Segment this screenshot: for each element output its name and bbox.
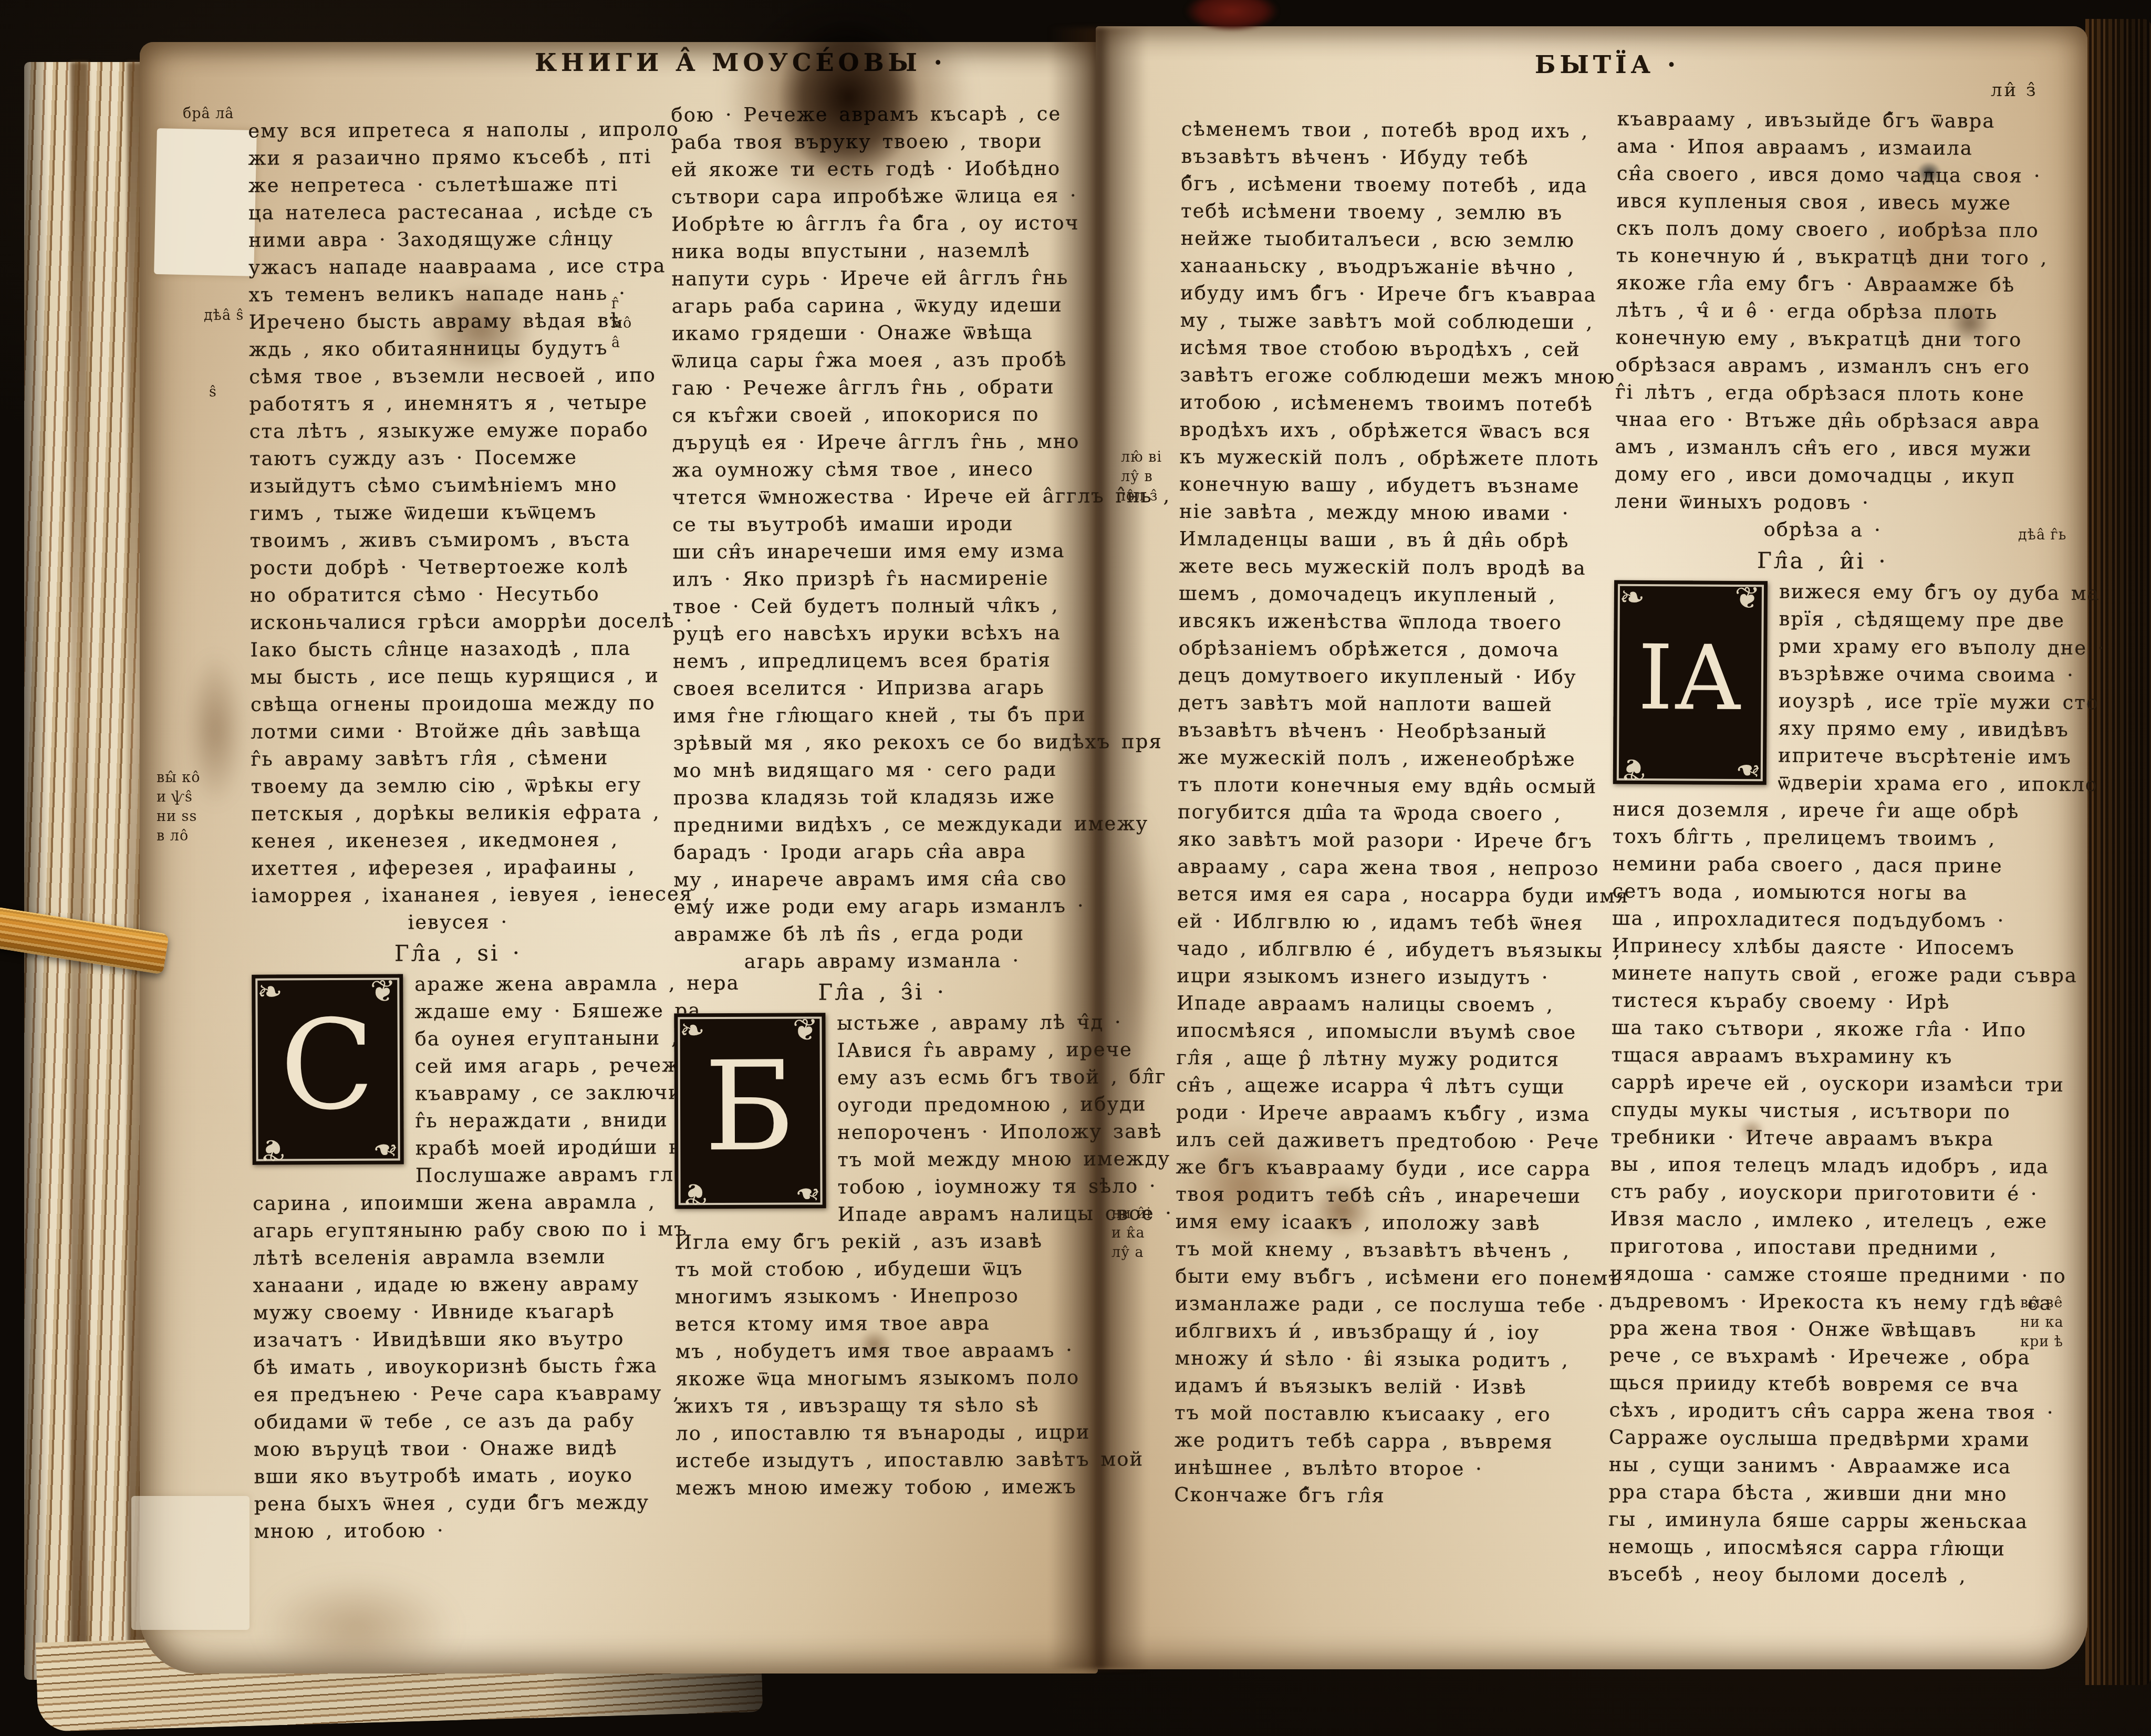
text-line: немощь , ипосмѣяся сарра гл̂ющи xyxy=(1608,1533,2024,1563)
text-line: мужу своему · Ивниде къагарѣ xyxy=(253,1297,666,1326)
text-line-centered: обрѣза а · xyxy=(1615,515,2031,545)
text-line: г̂ь авраму завѣтъ гл̂я , сѣмени xyxy=(251,744,663,773)
text-line: рра жена твоя · Онже ѿвѣщавъ xyxy=(1609,1315,2025,1345)
text-line: стъ рабу , иоускори приготовити е́ · xyxy=(1610,1178,2027,1208)
text-line: истебе изыдутъ , ипоставлю завѣтъ мой xyxy=(676,1446,1092,1475)
text-line: конечную ему , въкратцѣ дни того xyxy=(1616,324,2032,354)
text-line: обрѣзаніемъ обрѣжется , домоча xyxy=(1179,635,1592,664)
text-line: Сарраже оуслыша предвѣрми храми xyxy=(1609,1424,2025,1454)
vine-ornament: ❧ xyxy=(679,1016,706,1044)
text-line: децъ домутвоего икупленый · Ибу xyxy=(1178,662,1591,691)
text-line: чнаа его · Втъже дн̂ь обрѣзася авра xyxy=(1615,406,2031,436)
text-line: илъ · Яко призрѣ г̂ь насмиреніе xyxy=(672,565,1088,594)
text-line: дъдревомъ · Ирекоста къ нему гдѣ са xyxy=(1610,1287,2026,1317)
text-line: имя г̂не гл̂ющаго кней , ты б̂ъ при xyxy=(673,701,1089,730)
text-line: изманлаже ради , се послуша тебе · xyxy=(1175,1290,1588,1319)
text-line: сѣмя твое , въземли несвоей , ипо xyxy=(249,361,662,390)
text-line: ханаани , идаде ю вжену авраму xyxy=(253,1270,666,1299)
text-line: Ивзя масло , имлеко , ителецъ , еже xyxy=(1610,1205,2027,1235)
text-line: тъ плоти конечныя ему вдн̂ь осмый xyxy=(1178,771,1591,801)
text-line: дъруцѣ ея · Ирече а̂гглъ г̂нь , мно xyxy=(672,428,1088,457)
text-line: напути сурь · Ирече ей а̂гглъ г̂нь xyxy=(671,264,1087,293)
text-line: мы бысть , исе пещь курящися , и xyxy=(251,662,663,691)
text-line: предними видѣхъ , се междукади имежу xyxy=(673,810,1089,839)
text-line: твое · Сей будетъ полный чл̂къ , xyxy=(673,592,1089,621)
initial-letter: ІА xyxy=(1637,633,1743,723)
text-line: имя ему ісаакъ , иположу завѣ xyxy=(1176,1208,1588,1238)
text-line: въсебѣ , неоу быломи доселѣ , xyxy=(1608,1561,2024,1591)
text-line: немъ , ипредлицемъ всея братія xyxy=(673,647,1089,675)
text-line: идамъ и́ въязыкъ велій · Извѣ xyxy=(1175,1372,1587,1401)
text-line: яко завѣтъ мой разори · Ирече б̂гъ xyxy=(1178,826,1591,855)
text-line: іаморрея , іхананея , іевуея , іенесея , xyxy=(251,880,664,909)
ornate-initial-ІА: ❧❧❦❦ІА xyxy=(1613,580,1768,785)
text-line: детъ завѣтъ мой наплоти вашей xyxy=(1178,689,1591,719)
text-line: мою въруцѣ твои · Онаже видѣ xyxy=(254,1434,667,1463)
text-line: свѣща огнены проидоша между по xyxy=(251,689,663,718)
text-line: гы , иминула бяше сарры женьскаа xyxy=(1608,1506,2024,1536)
text-line: завѣтъ егоже соблюдеши межъ мною xyxy=(1180,361,1593,391)
text-line: ніе завѣта , между мною ивами · xyxy=(1179,498,1592,527)
text-line: ша тако сътвори , якоже гл̂а · Ипо xyxy=(1612,1014,2028,1044)
chapter-heading: Гл̂а , ѕі · xyxy=(252,935,664,971)
text-line: но обратится сѣмо · Несутьбо xyxy=(250,580,663,609)
text-line: аврааму , сара жена твоя , непрозо xyxy=(1177,853,1590,882)
text-line: тщася авраамъ въхрамину къ xyxy=(1611,1042,2027,1072)
text-line: прозва кладязь той кладязь иже xyxy=(673,783,1089,812)
text-line: сътвори сара ипробѣже ѿлица ея · xyxy=(671,182,1087,211)
vine-ornament: ❦ xyxy=(681,1180,708,1208)
text-line: ть конечную и́ , въкратцѣ дни того , xyxy=(1616,242,2032,272)
text-column-2: бою · Речеже аврамъ късарѣ , сераба твоя… xyxy=(671,100,1092,1502)
vine-ornament: ❦ xyxy=(1734,584,1761,611)
text-line: кенея , икенезея , икедмонея , xyxy=(251,826,664,855)
text-line: изачатъ · Ивидѣвши яко въутро xyxy=(253,1325,666,1354)
text-line: якоже ѿца многымъ языкомъ поло xyxy=(676,1364,1092,1393)
vine-ornament: ❦ xyxy=(1619,756,1646,783)
text-line: петскыя , дорѣкы великія ефрата , xyxy=(251,798,664,827)
text-line: къаврааму , ивъзыйде б̂гъ ѿавра xyxy=(1617,106,2033,136)
text-line: агарь егуптяныню рабу свою по і мъ xyxy=(253,1215,666,1244)
vine-ornament: ❦ xyxy=(259,1136,286,1163)
text-line: сетъ вода , иомыются ногы ва xyxy=(1612,878,2028,908)
text-line: зрѣвый мя , яко рекохъ се бо видѣхъ пря xyxy=(673,729,1089,757)
text-line: твоя родитъ тебѣ сн̂ъ , инаречеши xyxy=(1176,1181,1588,1210)
initial-letter: С xyxy=(280,1003,376,1127)
text-line: шемъ , домочадецъ икупленый , xyxy=(1179,580,1592,609)
text-line: къ мужескій полъ , обрѣжете плоть xyxy=(1179,443,1592,473)
text-line: своея вселится · Ипризва агарь xyxy=(673,674,1089,703)
text-line: тъ мой поставлю къисааку , его xyxy=(1175,1399,1587,1429)
old-book-photo: КНИГИ А̂ МОУСЕ́ОВЫ · БЫТЇА · ли̂ з̂ ему … xyxy=(0,0,2151,1736)
running-title-right: БЫТЇА · xyxy=(1450,50,1765,79)
text-line: възавѣтъ вѣченъ · Необрѣзаный xyxy=(1178,716,1591,746)
text-line: Иобрѣте ю а̂гглъ г̂а б̂га , оу источ xyxy=(671,210,1087,238)
text-line: исѣмя твое стобою въродѣхъ , сей xyxy=(1180,334,1593,363)
text-line: твоему да землю сію , ѿрѣкы егу xyxy=(251,771,664,800)
text-line: якоже гл̂а ему б̂гъ · Авраамже бѣ xyxy=(1616,269,2032,299)
text-line: ибуду имъ б̂гъ · Ирече б̂гъ къавраа xyxy=(1180,279,1593,309)
text-line: тъ мой стобою , ибудеши ѿцъ xyxy=(675,1255,1091,1284)
text-line: Игла ему б̂гъ рекій , азъ изавѣ xyxy=(675,1228,1091,1256)
text-line: жете весь мужескій полъ вродѣ ва xyxy=(1179,553,1592,582)
text-line: ея предънею · Рече сара къавраму , xyxy=(254,1379,667,1408)
text-line: тистеся кърабу своему · Ирѣ xyxy=(1612,987,2028,1017)
text-line: межъ мною имежу тобою , имежъ xyxy=(676,1473,1092,1502)
vine-ornament: ❧ xyxy=(794,1180,821,1207)
text-line: лѣтъ , ч̂ и ѳ̂ · егда обрѣза плоть xyxy=(1616,297,2032,327)
page-stack-left-edge xyxy=(24,62,159,1680)
text-line: бою · Речеже аврамъ късарѣ , се xyxy=(671,100,1087,129)
text-line: илъ сей даживетъ предтобою · Рече xyxy=(1176,1126,1589,1156)
text-line: рена быхъ ѿнея , суди б̂гъ между xyxy=(254,1489,667,1517)
text-line: вши яко въутробѣ имать , иоуко xyxy=(254,1461,667,1490)
text-line: сѣхъ , иродитъ сн̂ъ сарра жена твоя · xyxy=(1609,1397,2025,1427)
text-line: минете напуть свой , егоже ради съвра xyxy=(1612,960,2028,990)
chapter-heading: Гл̂а , з̂і · xyxy=(674,974,1090,1011)
text-line: ей · Иблгвлю ю , идамъ тебѣ ѿнея xyxy=(1177,908,1590,937)
text-line: Иречено бысть авраму вѣдая вѣ xyxy=(249,307,662,336)
text-line: инѣшнее , вълѣто второе · xyxy=(1174,1454,1587,1483)
text-line: вется имя ея сара , носарра буди имя xyxy=(1177,880,1590,910)
text-line: рости добрѣ · Четвертоеже колѣ xyxy=(250,553,663,581)
text-line: щься прииду ктебѣ вовремя се вча xyxy=(1609,1369,2025,1399)
text-line: же родитъ тебѣ сарра , въвремя xyxy=(1175,1427,1587,1456)
text-line: Имладенцы ваши , въ и̂ дн̂ь обрѣ xyxy=(1179,525,1592,555)
text-line: саррѣ ирече ей , оускори изамѣси три xyxy=(1611,1069,2027,1099)
margin-note: дѣа̂ ѕ̂ xyxy=(204,306,244,325)
text-line: ему иже роди ему агарь изманлъ · xyxy=(674,892,1090,921)
text-line: амъ , изманлъ сн̂ъ его , ився мужи xyxy=(1615,433,2031,463)
text-line: твоимъ , живъ съмиромъ , въста xyxy=(250,525,662,554)
text-line: Іако бысть сл̂нце назаходѣ , пла xyxy=(250,635,663,663)
text-line: жи я разаично прямо късебѣ , пті xyxy=(248,143,661,172)
text-line: множу и́ ѕѣло · в̂і языка родитъ , xyxy=(1175,1345,1587,1374)
text-line: жа оумножу сѣмя твое , инесо xyxy=(672,455,1088,484)
text-line: ца нателеса растесанаа , исѣде съ xyxy=(248,197,661,226)
text-line: му , тыже завѣтъ мой соблюдеши , xyxy=(1180,307,1593,336)
text-line: тебѣ исѣмени твоему , землю въ xyxy=(1181,197,1594,227)
margin-note: дѣа̂ г̂ь xyxy=(2018,525,2066,545)
text-line: чадо , иблгвлю е́ , ибудетъ въязыкы , xyxy=(1177,935,1590,964)
text-line: бѣ имать , ивоукоризнѣ бысть г̂жа xyxy=(253,1352,666,1381)
text-line-centered: іевусея · xyxy=(252,908,664,937)
text-line: ипосмѣяся , ипомысли въумѣ свое xyxy=(1177,1017,1589,1046)
text-line: ши сн̂ъ инаречеши имя ему изма xyxy=(672,537,1088,566)
text-line: г̂і лѣтъ , егда обрѣзася плоть коне xyxy=(1615,379,2031,409)
margin-note: ѕ̂ xyxy=(209,382,217,402)
vine-ornament: ❧ xyxy=(1619,584,1646,611)
text-line: многимъ языкомъ · Инепрозо xyxy=(675,1282,1091,1311)
text-line: тъ мой кнему , възавѣтъ вѣченъ , xyxy=(1176,1235,1588,1265)
grime-band xyxy=(70,62,88,1680)
text-line: гимъ , тыже ѿидеши къѿцемъ xyxy=(250,498,662,527)
text-line: Скончаже б̂гъ гл̂я xyxy=(1174,1481,1587,1511)
text-line: обрѣзася аврамъ , изманлъ снъ его xyxy=(1615,351,2031,381)
text-line: Послушаже аврамъ гласа xyxy=(253,1161,666,1190)
margin-note: вы̂ ве̂ ни ка кри ѣ xyxy=(2020,1293,2064,1352)
text-line: Ипаде авраамъ налицы своемъ , xyxy=(1177,990,1589,1019)
vine-ornament: ❦ xyxy=(793,1016,819,1043)
text-line: же б̂гъ къаврааму буди , исе сарра xyxy=(1176,1153,1588,1183)
folio-number: ли̂ з̂ xyxy=(1991,80,2038,101)
text-line: раба твоя въруку твоею , твори xyxy=(671,128,1087,157)
text-line: быти ему въб̂гъ , исѣмени его понемъ xyxy=(1175,1263,1588,1292)
vine-ornament: ❧ xyxy=(1734,756,1761,784)
text-line: нейже тыобиталъеси , всю землю xyxy=(1181,225,1594,254)
text-line: мъ , нобудетъ имя твое авраамъ · xyxy=(676,1337,1092,1366)
chapter-heading: Гл̂а , и̂і · xyxy=(1614,543,2030,580)
initial-letter: Б xyxy=(704,1045,796,1169)
page-block-right-edge xyxy=(2085,19,2151,1685)
text-column-3: сѣменемъ твои , потебѣ врод ихъ ,възавѣт… xyxy=(1174,116,1594,1511)
text-line: же мужескій полъ , иженеобрѣже xyxy=(1178,744,1591,773)
text-line: немини раба своего , дася прине xyxy=(1613,850,2029,880)
text-line: му , инарече аврамъ имя сн̂а сво xyxy=(673,865,1089,894)
text-column-1: ему вся ипретеса я наполы , ипроложи я р… xyxy=(248,116,667,1545)
text-line: рра стара бѣста , живши дни мно xyxy=(1608,1479,2024,1509)
text-line: мо мнѣ видящаго мя · сего ради xyxy=(673,756,1089,785)
text-line: Ипринесу хлѣбы даясте · Ипосемъ xyxy=(1612,932,2028,962)
text-line: б̂гъ , исѣмени твоему потебѣ , ида xyxy=(1181,170,1594,200)
margin-note: ни и̂і и к̂а лу̂ а xyxy=(1111,1204,1151,1262)
text-line: нися доземля , ирече г̂и аще обрѣ xyxy=(1613,796,2029,826)
text-line: тохъ бл̂гть , прелицемъ твоимъ , xyxy=(1613,823,2029,853)
text-line: лотми сими · Втойже дн̂ь завѣща xyxy=(251,716,663,745)
text-line: ста лѣтъ , языкуже емуже порабо xyxy=(250,416,662,445)
text-line: требники · Итече авраамъ въкра xyxy=(1610,1124,2027,1153)
text-line: ло , ипоставлю тя вънароды , ицри xyxy=(676,1419,1092,1448)
text-line: ника воды впустыни , наземлѣ xyxy=(671,237,1087,266)
paper-patch xyxy=(131,1496,250,1630)
text-line: же непретеса · сълетѣшаже пті xyxy=(248,170,661,199)
text-line: аврамже бѣ лѣ п̂ѕ , егда роди xyxy=(674,920,1090,949)
text-line: работятъ я , инемнятъ я , четыре xyxy=(249,389,662,418)
ornate-initial-С: ❧❧❦❦С xyxy=(252,974,404,1165)
text-line: дому его , ивси домочадцы , икуп xyxy=(1615,461,2031,491)
text-line: рече , се въхрамѣ · Иречеже , обра xyxy=(1609,1342,2025,1372)
text-line: итобою , исѣменемъ твоимъ потебѣ xyxy=(1180,389,1593,418)
text-line: лени ѿиныхъ родовъ · xyxy=(1615,488,2031,518)
text-line: изыйдутъ сѣмо съимѣніемъ мно xyxy=(250,471,662,500)
text-line: вродѣхъ ихъ , обрѣжется ѿвасъ вся xyxy=(1180,416,1593,445)
text-line: ны , сущи занимъ · Авраамже иса xyxy=(1609,1451,2025,1481)
text-line: ивсякъ иженѣства ѿплода твоего xyxy=(1179,607,1592,637)
text-line: ними авра · Заходящуже сл̂нцу xyxy=(248,225,661,254)
text-line: ей якоже ти есть годѣ · Иобѣдно xyxy=(671,155,1087,184)
margin-note: бра̂ ла̂ xyxy=(183,104,234,123)
running-title-left: КНИГИ А̂ МОУСЕ́ОВЫ · xyxy=(494,48,988,77)
text-line: сн̂ъ , ащеже исарра ч̂ лѣтъ сущи xyxy=(1176,1072,1589,1101)
text-line: жихъ тя , ивъзращу тя ѕѣло ѕѣ xyxy=(676,1391,1092,1420)
text-line: възавѣтъ вѣченъ · Ибуду тебѣ xyxy=(1181,143,1594,172)
text-line: скъ полъ дому своего , иобрѣза пло xyxy=(1616,215,2032,245)
vine-ornament: ❧ xyxy=(372,1136,399,1163)
text-line: хъ теменъ великъ нападе нань · xyxy=(248,279,661,308)
text-line: икамо грядеши · Онаже ѿвѣща xyxy=(672,319,1088,348)
text-line: чтется ѿмножества · Ирече ей а̂гглъ г̂нь… xyxy=(672,483,1088,512)
text-line: роди · Ирече авраамъ къб̂гу , изма xyxy=(1176,1099,1589,1128)
paper-patch xyxy=(154,128,257,276)
text-line: ама · Ипоя авраамъ , измаила xyxy=(1617,133,2033,163)
text-line: мною , итобою · xyxy=(254,1516,667,1545)
text-line: барадъ · Іроди агарь сн̂а авра xyxy=(673,838,1089,867)
text-line: ицри языкомъ изнего изыдутъ · xyxy=(1177,962,1589,992)
text-line: ханааньску , въодръжаніе вѣчно , xyxy=(1180,252,1593,282)
text-line: гл̂я , аще р̂ лѣтну мужу родится xyxy=(1176,1044,1589,1074)
text-line-centered: агарь авраму изманла · xyxy=(674,947,1090,976)
text-line: лѣтѣ вселенія аврамла вземли xyxy=(253,1243,666,1272)
text-line: ужасъ нападе наавраама , исе стра xyxy=(248,252,661,281)
text-column-4: къаврааму , ивъзыйде б̂гъ ѿавраама · Ипо… xyxy=(1608,106,2033,1591)
text-line: вы , ипоя телецъ младъ идобръ , ида xyxy=(1610,1151,2027,1181)
text-line: сѣменемъ твои , потебѣ врод ихъ , xyxy=(1181,116,1594,145)
text-line: ився купленыя своя , ивесь муже xyxy=(1616,188,2032,217)
ornate-initial-Б: ❧❧❦❦Б xyxy=(674,1013,826,1209)
text-line: се ты въутробѣ имаши ироди xyxy=(672,510,1088,539)
text-line: руцѣ его навсѣхъ ируки всѣхъ на xyxy=(673,619,1089,648)
margin-note: лю̂ ві лу̂ в іо̂л з̂ xyxy=(1121,448,1162,506)
text-line: ихеттея , иферезея , ирафаины , xyxy=(251,853,664,882)
margin-note: г̂ мо̂ а̂ xyxy=(611,294,632,352)
text-line: ждь , яко обитаянницы будутъ xyxy=(249,334,662,363)
text-line: гаю · Речеже а̂гглъ г̂нь , обрати xyxy=(672,373,1088,402)
text-line: сарина , ипоимши жена аврамла , xyxy=(253,1188,666,1217)
text-line: обидами ѿ тебе , се азъ да рабу xyxy=(254,1407,667,1436)
margin-note: вы̂ ко̂ и ѱѕ̂ ни ѕѕ в ло̂ xyxy=(157,768,200,846)
text-line: вется ктому имя твое авра xyxy=(675,1309,1091,1338)
text-line: приготова , ипостави предними , xyxy=(1610,1233,2026,1263)
text-line: агарь раба сарина , ѿкуду идеши xyxy=(672,292,1088,320)
text-line: иблгвихъ и́ , ивъзбращу и́ , іоу xyxy=(1175,1317,1588,1347)
text-line: исконьчалися грѣси аморрѣи доселѣ · xyxy=(250,607,663,636)
text-line: сн̂а своего , ився домо чадца своя · xyxy=(1617,160,2033,190)
text-line: ша , ипрохладитеся подъдубомъ · xyxy=(1612,905,2028,935)
text-line: ся къг̂жи своей , ипокорися по xyxy=(672,401,1088,430)
text-line: таютъ сужду азъ · Посемже xyxy=(250,443,662,472)
text-line: конечную вашу , ибудетъ възнаме xyxy=(1179,471,1592,500)
text-line: спуды мукы чистыя , исътвори по xyxy=(1611,1096,2027,1126)
text-line: ему вся ипретеса я наполы , ипроло xyxy=(248,116,661,144)
text-line: иядоша · самже стояше предними · по xyxy=(1610,1260,2026,1290)
text-line: погубится дш̂а та ѿрода своего , xyxy=(1178,798,1591,828)
text-line: ѿлица сары г̂жа моея , азъ пробѣ xyxy=(672,346,1088,375)
